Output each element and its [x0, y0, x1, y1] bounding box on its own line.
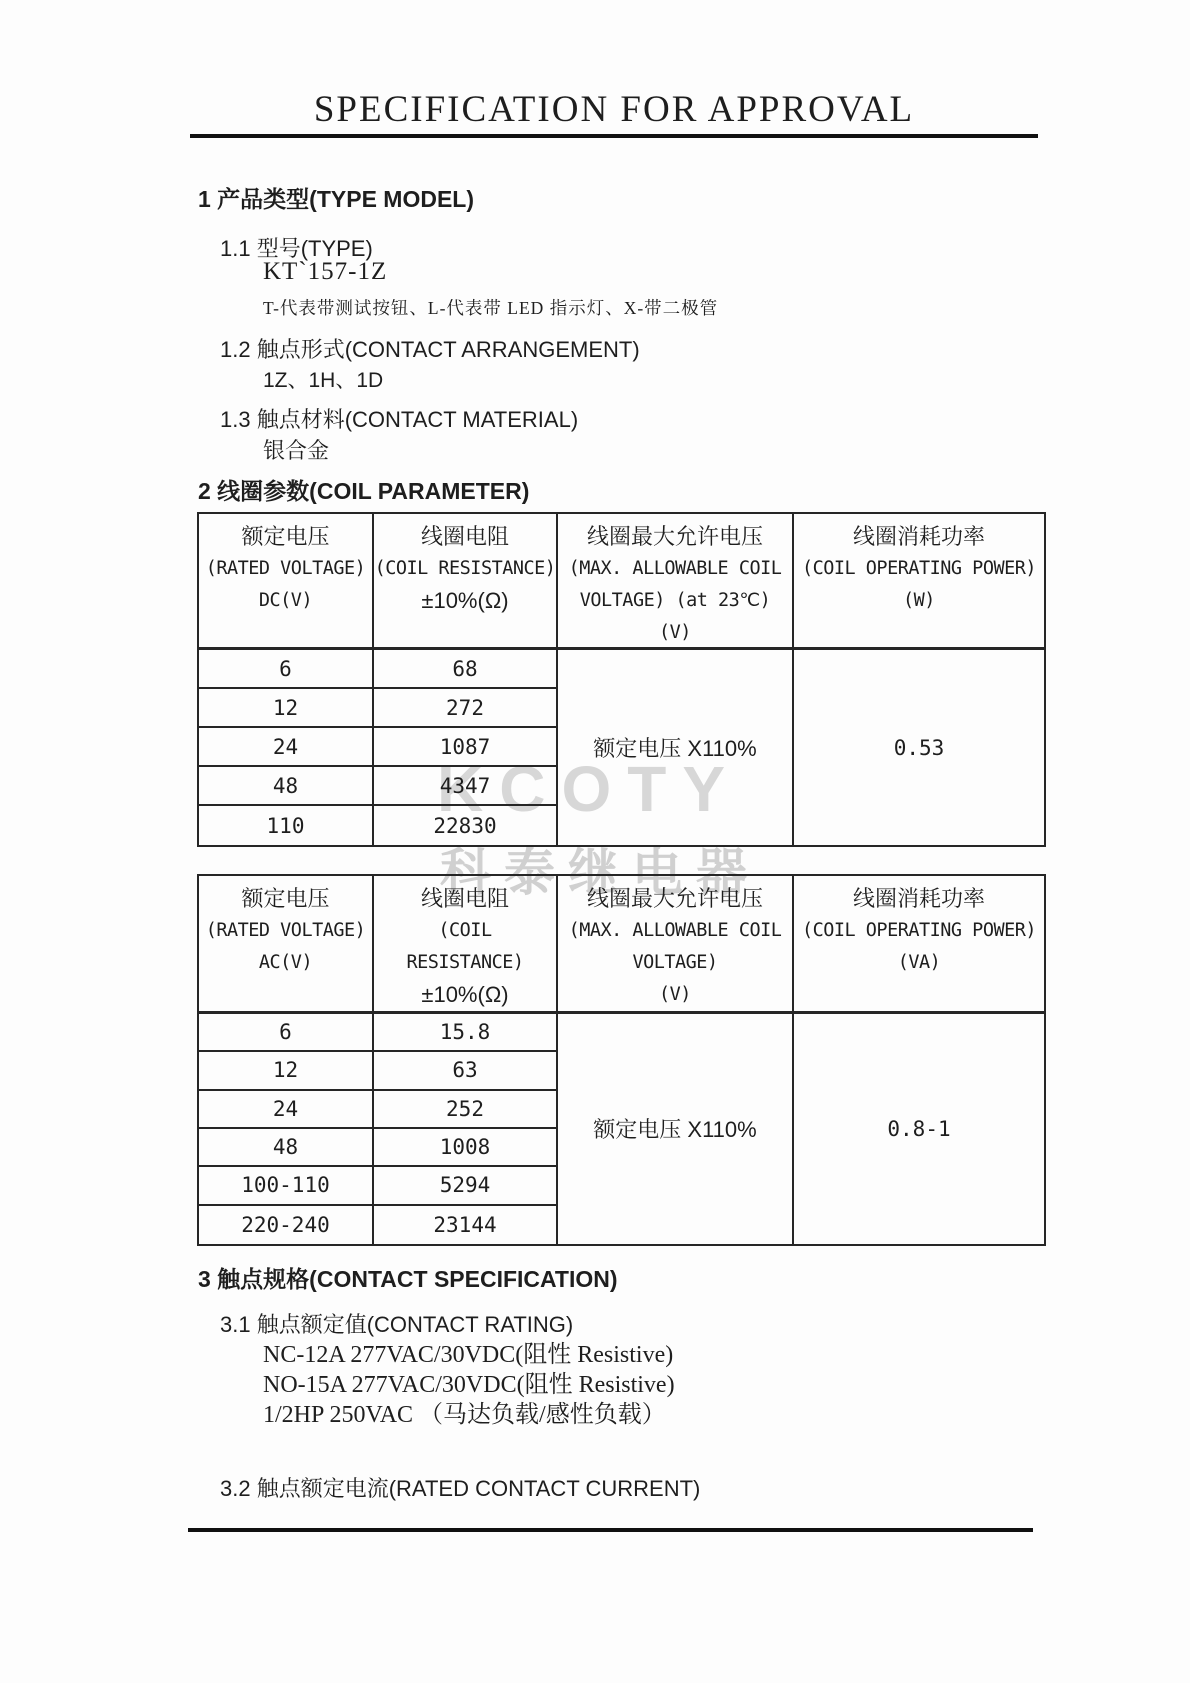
contact-rating-line: NC-12A 277VAC/30VDC(阻性 Resistive) — [263, 1340, 675, 1370]
header-cell: 额定电压(RATED VOLTAGE)DC(V) — [199, 514, 374, 650]
title-rule — [190, 134, 1038, 138]
header-line: (COIL RESISTANCE) — [375, 553, 556, 585]
header-line: 额定电压 — [241, 521, 329, 553]
table-cell: 5294 — [374, 1167, 558, 1205]
header-line: (V) — [659, 617, 691, 649]
header-cell: 线圈最大允许电压(MAX. ALLOWABLE COILVOLTAGE) (at… — [558, 514, 794, 650]
header-line: 线圈最大允许电压 — [587, 883, 763, 915]
contact-material-value: 银合金 — [263, 434, 329, 465]
header-line: DC(V) — [259, 585, 312, 617]
header-line: (COIL — [438, 915, 491, 947]
table-cell: 68 — [374, 650, 558, 689]
contact-arrangement-value: 1Z、1H、1D — [263, 364, 383, 394]
table-cell: 24 — [199, 1091, 374, 1129]
table-cell: 252 — [374, 1091, 558, 1129]
table-cell: 12 — [199, 689, 374, 728]
table-cell: 15.8 — [374, 1014, 558, 1052]
header-line: (COIL OPERATING POWER) — [802, 915, 1036, 947]
dc-coil-parameter-table: 额定电压(RATED VOLTAGE)DC(V)线圈电阻(COIL RESIST… — [197, 512, 1046, 847]
table-cell: 48 — [199, 767, 374, 806]
table-cell: 100-110 — [199, 1167, 374, 1205]
header-line: 线圈消耗功率 — [853, 883, 985, 915]
header-line: VOLTAGE) — [632, 947, 717, 979]
header-line: (COIL OPERATING POWER) — [802, 553, 1036, 585]
section2-heading: 2 线圈参数(COIL PARAMETER) — [198, 473, 529, 506]
header-line: (W) — [903, 585, 935, 617]
table-cell: 110 — [199, 806, 374, 845]
merged-max-voltage-cell: 额定电压 X110% — [558, 650, 794, 845]
footer-rule — [188, 1528, 1033, 1532]
table-cell: 6 — [199, 650, 374, 689]
header-cell: 线圈最大允许电压(MAX. ALLOWABLE COILVOLTAGE)(V) — [558, 876, 794, 1014]
item-3-2-label: 3.2 触点额定电流(RATED CONTACT CURRENT) — [220, 1472, 700, 1503]
merged-operating-power-cell: 0.53 — [794, 650, 1044, 845]
header-cell: 额定电压(RATED VOLTAGE)AC(V) — [199, 876, 374, 1014]
table-cell: 1008 — [374, 1129, 558, 1167]
item-1-2-label: 1.2 触点形式(CONTACT ARRANGEMENT) — [220, 333, 640, 364]
header-cell: 线圈电阻(COIL RESISTANCE)±10%(Ω) — [374, 514, 558, 650]
table-cell: 22830 — [374, 806, 558, 845]
header-line: AC(V) — [259, 947, 312, 979]
header-line: (RATED VOLTAGE) — [206, 553, 366, 585]
header-line: ±10%(Ω) — [421, 979, 508, 1011]
header-line: (RATED VOLTAGE) — [206, 915, 366, 947]
merged-max-voltage-cell: 额定电压 X110% — [558, 1014, 794, 1244]
header-line: (MAX. ALLOWABLE COIL — [569, 553, 782, 585]
table-cell: 220-240 — [199, 1206, 374, 1244]
table-cell: 48 — [199, 1129, 374, 1167]
merged-operating-power-cell: 0.8-1 — [794, 1014, 1044, 1244]
ac-coil-parameter-table: 额定电压(RATED VOLTAGE)AC(V)线圈电阻(COILRESISTA… — [197, 874, 1046, 1246]
table-cell: 4347 — [374, 767, 558, 806]
section3-heading: 3 触点规格(CONTACT SPECIFICATION) — [198, 1261, 618, 1294]
header-line: ±10%(Ω) — [421, 585, 508, 617]
section1-heading: 1 产品类型(TYPE MODEL) — [198, 181, 474, 214]
header-line: 线圈电阻 — [421, 883, 509, 915]
header-cell: 线圈电阻(COILRESISTANCE)±10%(Ω) — [374, 876, 558, 1014]
table-cell: 63 — [374, 1052, 558, 1090]
table-cell: 1087 — [374, 728, 558, 767]
item-1-3-label: 1.3 触点材料(CONTACT MATERIAL) — [220, 403, 578, 434]
contact-rating-line: 1/2HP 250VAC （马达负载/感性负载） — [263, 1400, 675, 1430]
header-line: (V) — [659, 979, 691, 1011]
table-cell: 272 — [374, 689, 558, 728]
document-content: SPECIFICATION FOR APPROVAL 1 产品类型(TYPE M… — [0, 0, 1190, 1683]
contact-rating-line: NO-15A 277VAC/30VDC(阻性 Resistive) — [263, 1370, 675, 1400]
spec-document-page: KCOTY 科泰继电器 SPECIFICATION FOR APPROVAL 1… — [0, 0, 1190, 1683]
header-line: 额定电压 — [241, 883, 329, 915]
header-line: (MAX. ALLOWABLE COIL — [569, 915, 782, 947]
table-cell: 6 — [199, 1014, 374, 1052]
header-cell: 线圈消耗功率(COIL OPERATING POWER)(W) — [794, 514, 1044, 650]
header-line: RESISTANCE) — [406, 947, 523, 979]
header-line: VOLTAGE) (at 23℃) — [580, 585, 770, 617]
item-3-1-label: 3.1 触点额定值(CONTACT RATING) — [220, 1308, 573, 1339]
header-line: 线圈最大允许电压 — [587, 521, 763, 553]
type-model-value: KT`157-1Z — [263, 258, 387, 286]
table-cell: 24 — [199, 728, 374, 767]
contact-rating-lines: NC-12A 277VAC/30VDC(阻性 Resistive) NO-15A… — [263, 1340, 675, 1430]
header-line: (VA) — [898, 947, 941, 979]
page-title: SPECIFICATION FOR APPROVAL — [190, 88, 1038, 131]
header-cell: 线圈消耗功率(COIL OPERATING POWER)(VA) — [794, 876, 1044, 1014]
type-model-note: T-代表带测试按钮、L-代表带 LED 指示灯、X-带二极管 — [263, 295, 718, 320]
header-line: 线圈消耗功率 — [853, 521, 985, 553]
table-cell: 12 — [199, 1052, 374, 1090]
table-cell: 23144 — [374, 1206, 558, 1244]
header-line: 线圈电阻 — [421, 521, 509, 553]
